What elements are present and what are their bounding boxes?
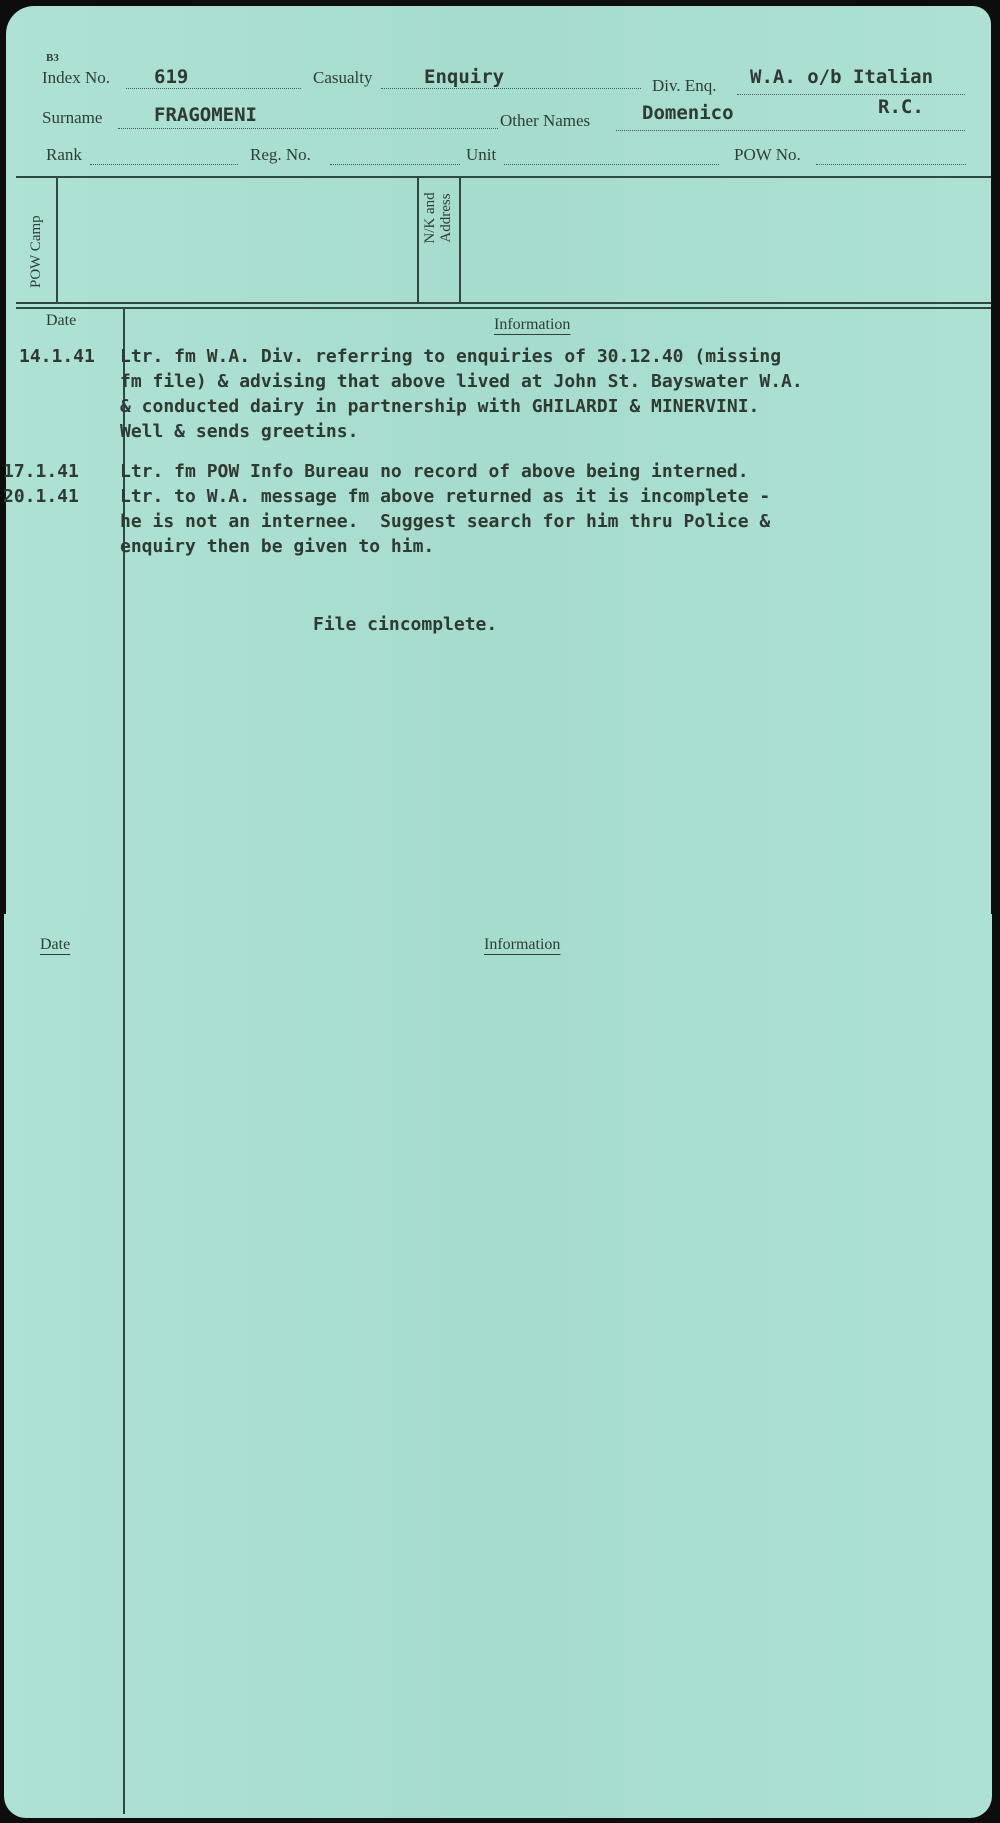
unit-label: Unit: [466, 145, 496, 165]
entry-date: 14.1.41: [19, 346, 95, 367]
casualty-value: Enquiry: [424, 66, 504, 88]
information-column-header: Information: [494, 316, 570, 334]
entry-date: 17.1.41: [3, 461, 79, 482]
date-column-header: Date: [46, 312, 76, 330]
entry-date: 20.1.41: [3, 486, 79, 507]
divider: [16, 302, 991, 304]
divider: [16, 307, 991, 309]
casualty-label: Casualty: [313, 68, 373, 88]
information-column-header: Information: [484, 936, 560, 954]
pow-no-label: POW No.: [734, 145, 801, 165]
index-no-label: Index No.: [42, 68, 110, 88]
index-no-value: 619: [154, 66, 188, 88]
entry-text: Ltr. to W.A. message fm above returned a…: [120, 484, 770, 559]
div-enq-label: Div. Enq.: [652, 76, 717, 96]
closing-note: File cincomplete.: [313, 614, 497, 635]
date-column-rule: [123, 914, 125, 1814]
entry-text: Ltr. fm W.A. Div. referring to enquiries…: [120, 344, 803, 444]
reg-no-label: Reg. No.: [250, 145, 311, 165]
divider: [16, 176, 991, 178]
form-code: B3: [46, 52, 59, 64]
div-enq-value: W.A. o/b Italian: [750, 66, 933, 88]
record-card-front: B3 Index No. 619 Casualty Enquiry Div. E…: [6, 6, 991, 914]
record-card-back: Date Information: [4, 914, 992, 1818]
entry-text: Ltr. fm POW Info Bureau no record of abo…: [120, 459, 749, 484]
surname-value: FRAGOMENI: [154, 104, 257, 126]
nk-address-label: N/K and Address: [422, 168, 454, 268]
surname-label: Surname: [42, 108, 102, 128]
other-names-extra: R.C.: [878, 96, 924, 118]
rank-label: Rank: [46, 145, 82, 165]
date-column-header: Date: [40, 936, 70, 954]
other-names-label: Other Names: [500, 111, 590, 131]
pow-camp-label: POW Camp: [28, 215, 45, 288]
other-names-value: Domenico: [642, 102, 734, 124]
